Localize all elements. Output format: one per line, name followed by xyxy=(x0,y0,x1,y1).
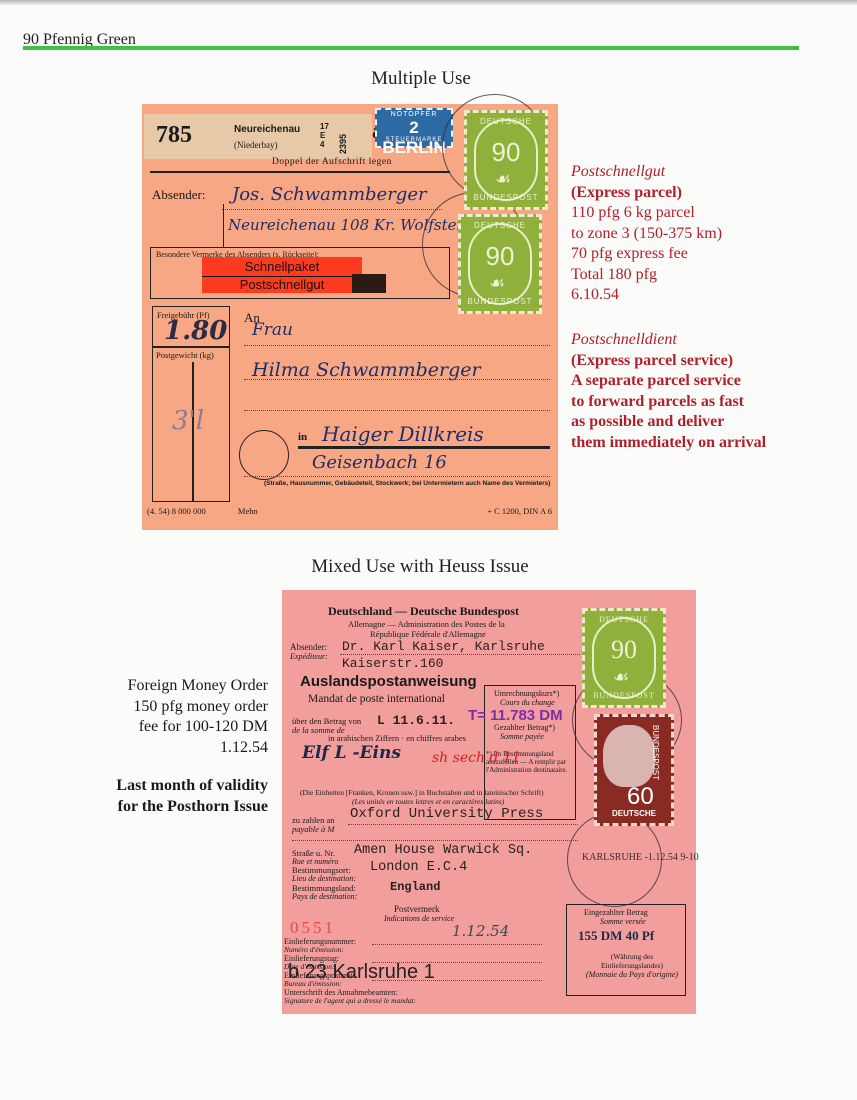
dotted-line xyxy=(340,654,580,655)
form-subtitle: Mandat de poste international xyxy=(308,693,445,705)
dotted-line xyxy=(348,824,578,825)
scan-edge xyxy=(0,0,857,5)
money-order-card: Deutschland — Deutsche Bundespost Allema… xyxy=(282,590,696,1014)
postvermerk-label: Postvermerk xyxy=(394,904,440,914)
label-number-2: 2395 xyxy=(338,134,348,154)
serial-number: 0551 xyxy=(290,918,336,938)
rate-label-fr: Cours du change xyxy=(500,698,555,707)
amount-box-label-fr: Somme versée xyxy=(600,917,646,926)
country-label-fr: Pays de destination: xyxy=(292,892,357,901)
divider xyxy=(150,171,450,173)
sender-line-2: Kaiserstr.160 xyxy=(342,656,443,671)
dotted-line xyxy=(244,476,550,477)
amount-value: L 11.6.11. xyxy=(377,713,455,728)
dotted-line xyxy=(244,345,550,346)
postvermerk-label-fr: Indications de service xyxy=(384,914,454,923)
sender-label-fr: Expéditeur: xyxy=(290,652,328,661)
section-title-multiple-use: Multiple Use xyxy=(221,68,621,90)
header-rule xyxy=(23,46,799,50)
weight-label: Postgewicht (kg) xyxy=(156,350,214,360)
street: Amen House Warwick Sq. xyxy=(354,843,532,858)
fee-value: 1.80 xyxy=(164,316,227,346)
heuss-60-stamp: BUNDESPOST 60 DEUTSCHE xyxy=(594,714,674,826)
posthorn-icon: ☙ xyxy=(489,273,505,294)
recipient-town: Haiger Dillkreis xyxy=(322,422,484,446)
issue-number-label-fr: Numéro d'émission: xyxy=(284,945,344,954)
office-stamp: b 23 Karlsruhe 1 xyxy=(288,962,438,982)
doppel-text: Doppel der Aufschrift legen xyxy=(272,157,392,167)
rate-stamp: T= 11.783 DM xyxy=(468,707,563,724)
section-title-mixed-use: Mixed Use with Heuss Issue xyxy=(220,556,620,578)
signature-label-fr: Signature de l'agent qui a dressé le man… xyxy=(284,996,416,1005)
destination: London E.C.4 xyxy=(370,860,467,875)
street-hint: (Straße, Hausnummer, Gebäudeteil, Stockw… xyxy=(264,480,550,487)
form-code: + C 1200, DIN A 6 xyxy=(487,506,552,516)
handwritten-date: 1.12.54 xyxy=(452,922,509,940)
postmark-text: KARLSRUHE -1.12.54 9-10 xyxy=(582,852,699,863)
parcel-note: Postschnellgut (Express parcel) 110 pfg … xyxy=(571,162,722,306)
divider xyxy=(298,446,550,449)
dotted-line xyxy=(292,840,578,841)
posthorn-90-stamp-1: DEUTSCHE 90 ☙ BUNDESPOST xyxy=(464,110,548,210)
postcode-circle xyxy=(239,430,289,480)
amount-box-value: 155 DM 40 Pf xyxy=(578,928,654,944)
posthorn-icon: ☙ xyxy=(613,667,629,688)
units-note-fr: (Les unités en toutes lettres et en cara… xyxy=(352,797,504,806)
in-label: in xyxy=(298,431,307,443)
currency-label: (Währung des Einlieferungslandes) xyxy=(582,952,682,970)
red-annotation: sh sech d 11 xyxy=(432,750,521,766)
dotted-line xyxy=(244,379,550,380)
sender-line-1: Dr. Karl Kaiser, Karlsruhe xyxy=(342,639,545,654)
recipient-street: Geisenbach 16 xyxy=(312,452,447,473)
origin-town: Neureichenau xyxy=(234,124,300,135)
mo-header: Deutschland — Deutsche Bundespost xyxy=(328,604,519,619)
heuss-portrait xyxy=(603,725,655,787)
country: England xyxy=(390,880,440,894)
payee-label-fr: payable à M xyxy=(292,824,335,834)
rate-label: Umrechnungskurs*) xyxy=(494,689,559,698)
destination-label-fr: Lieu de destination: xyxy=(292,874,356,883)
mo-header-fr-2: République Fédérale d'Allemagne xyxy=(370,629,486,639)
amount-words: Elf L -Eins xyxy=(302,743,401,763)
divider xyxy=(282,594,682,596)
amount-box-label: Eingezahlter Betrag xyxy=(584,908,648,917)
currency-label-fr: (Monnaie du Pays d'origine) xyxy=(582,970,682,979)
weight-value: 3'l xyxy=(172,406,204,436)
posthorn-90-stamp: DEUTSCHE 90 ☙ BUNDESPOST xyxy=(582,608,666,708)
recipient-title: Frau xyxy=(252,320,293,340)
paid-label-fr: Somme payée xyxy=(500,732,544,741)
sender-label: Absender: xyxy=(152,187,205,203)
money-order-note: Foreign Money Order 150 pfg money order … xyxy=(60,676,268,817)
form-title: Auslandspostanweisung xyxy=(300,673,477,690)
black-block xyxy=(352,274,386,293)
parcel-card: 785 Neureichenau (Niederbay) 17 E 4 2395… xyxy=(142,104,558,530)
dotted-line xyxy=(222,209,442,210)
payee: Oxford University Press xyxy=(350,806,543,822)
units-note: (Die Einheiten [Franken, Kronen usw.] in… xyxy=(300,788,544,797)
recipient-name: Hilma Schwammberger xyxy=(252,359,481,381)
sender-name: Jos. Schwammberger xyxy=(232,184,427,205)
paid-label: Gezahlter Betrag*) xyxy=(494,723,555,732)
dotted-line xyxy=(372,944,542,945)
mo-header-fr: Allemagne — Administration des Postes de… xyxy=(348,619,505,629)
label-code: 17 E 4 xyxy=(320,122,329,149)
digits-label: in arabischen Ziffern · en chiffres arab… xyxy=(328,733,466,743)
origin-region: (Niederbay) xyxy=(234,140,277,150)
posthorn-icon: ☙ xyxy=(495,169,511,190)
parcel-number: 785 xyxy=(156,122,192,149)
posthorn-90-stamp-2: DEUTSCHE 90 ☙ BUNDESPOST xyxy=(458,214,542,314)
express-label: Schnellpaket Postschnellgut xyxy=(202,257,362,293)
dotted-line xyxy=(244,410,550,411)
sender-box xyxy=(150,204,224,248)
service-note: Postschnelldient (Express parcel service… xyxy=(571,330,766,453)
divider xyxy=(152,346,230,348)
parcel-label-strip: 785 Neureichenau (Niederbay) 17 E 4 2395 xyxy=(144,114,372,159)
print-info: (4. 54) 8 000 000 Mehn xyxy=(147,506,258,516)
sender-label: Absender: xyxy=(290,642,327,652)
